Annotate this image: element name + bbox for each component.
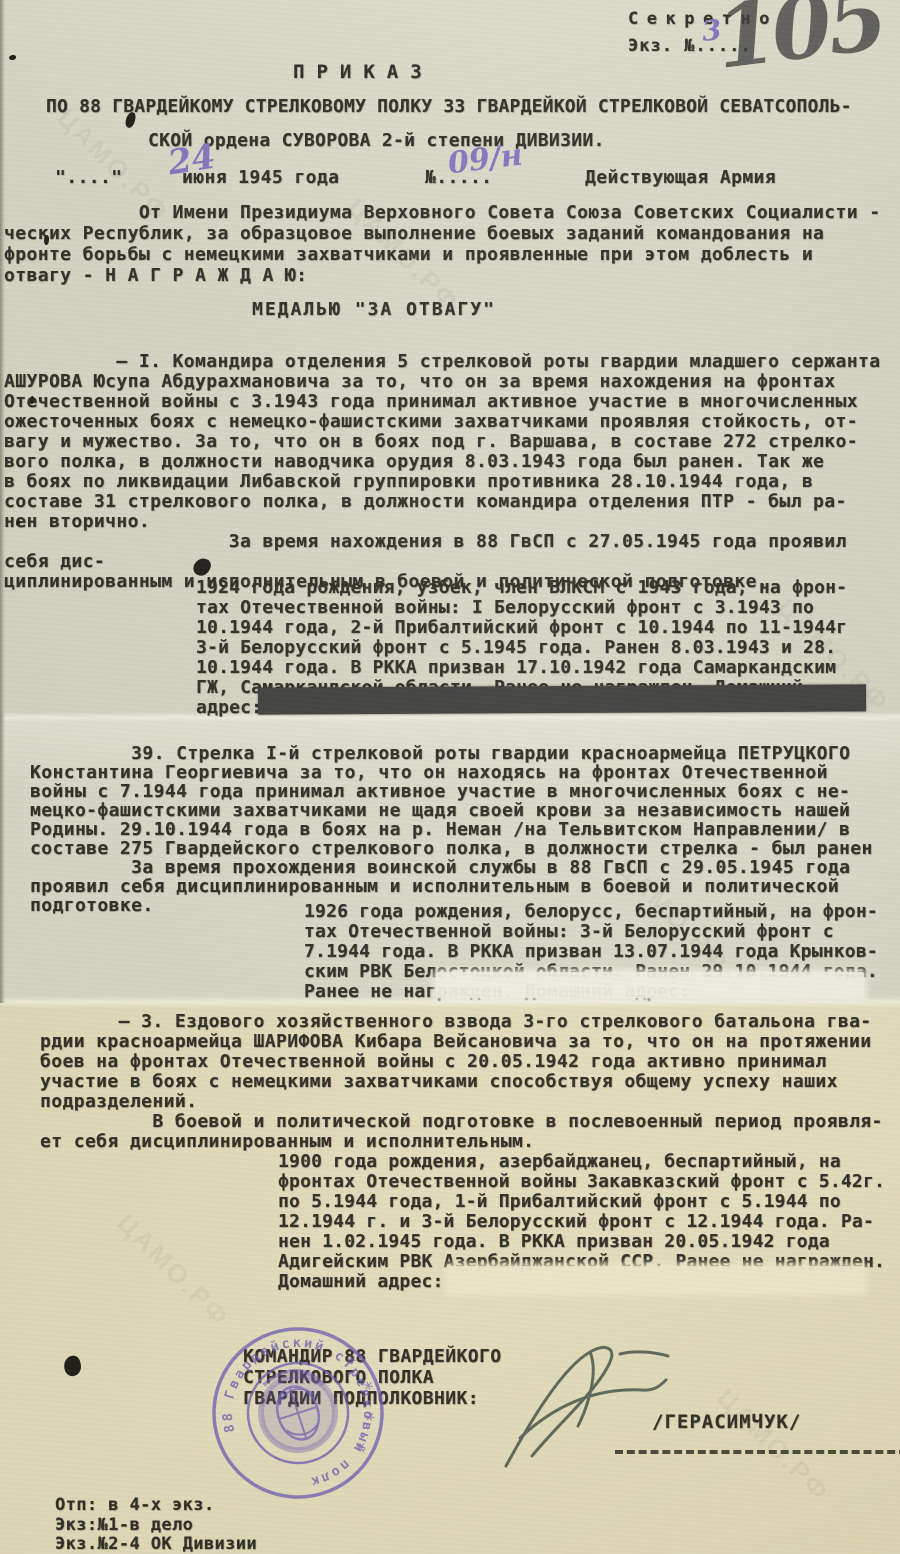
award-entry-2: 39. Стрелка I-й стрелковой роты гвардии …	[30, 744, 873, 915]
commander-signature-ink	[470, 1330, 700, 1480]
document-page: ЦАМО.РФ ЦАМО.РФ ЦАМО.РФ ЦАМО.РФ ЦАМО.РФ …	[0, 0, 900, 1554]
redacted-address-bar	[258, 684, 866, 714]
award-medal-line: МЕДАЛЬЮ "ЗА ОТВАГУ"	[252, 300, 496, 320]
preamble-paragraph: От Имени Президиума Верховного Совета Со…	[4, 202, 880, 286]
copies-note-line1: Отп: в 4-х экз.	[55, 1496, 215, 1516]
copies-note-line2: Экз:№1-в дело	[55, 1516, 193, 1536]
date-month-year: июня 1945 года	[182, 168, 339, 188]
copies-note-line3: Экз.№2-4 ОК Дивизии	[55, 1535, 257, 1554]
faded-address-area	[436, 972, 864, 998]
order-title-line1: ПО 88 ГВАРДЕЙКОМУ СТРЕЛКОВОМУ ПОЛКУ 33 Г…	[46, 97, 852, 117]
date-quotes: "...."	[55, 168, 122, 188]
erased-address-area	[448, 1266, 864, 1293]
regiment-round-stamp: 88 Гвардейский стрелковый полк * * * *	[178, 1316, 428, 1554]
award-entry-3: — 3. Ездового хозяйственного взвода 3-го…	[40, 1012, 883, 1152]
award-entry-1: — I. Командира отделения 5 стрелковой ро…	[4, 352, 900, 592]
order-title: ПРИКАЗ	[293, 62, 434, 82]
acting-army-label: Действующая Армия	[585, 168, 776, 188]
order-title-line2: СКОЙ ордена СУВОРОВА 2-й степени ДИВИЗИИ…	[148, 131, 605, 151]
